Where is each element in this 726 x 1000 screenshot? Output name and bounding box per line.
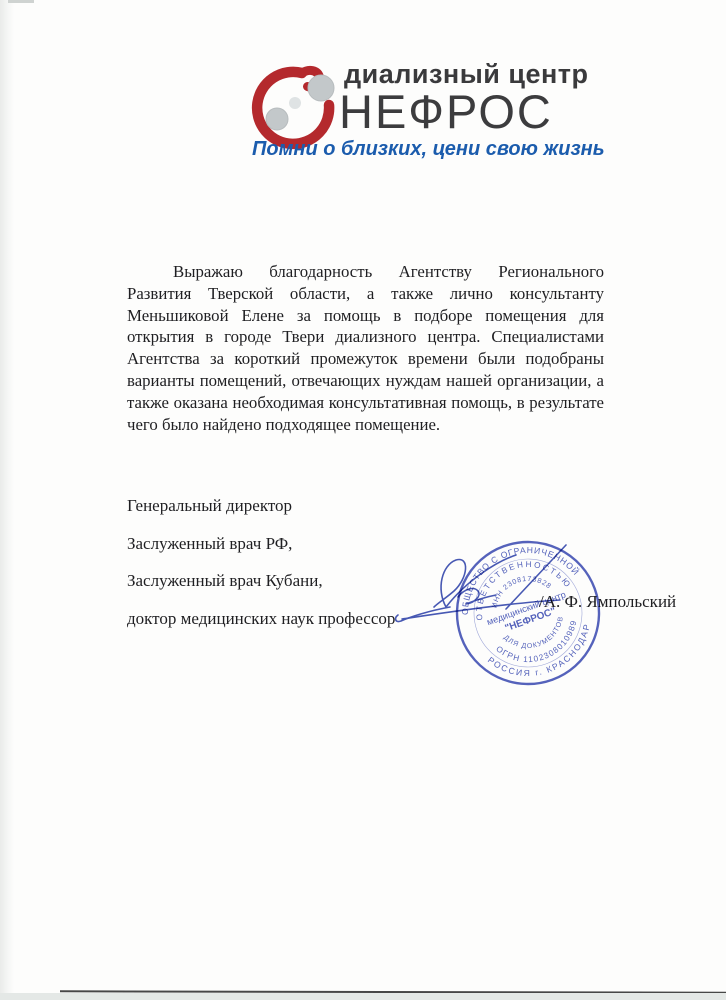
scan-top-mark [8,0,34,3]
brand-name: НЕФРОС [339,84,561,139]
scan-left-edge [0,0,14,1000]
handwritten-signature [388,531,598,636]
signer-title-line: Генеральный директор [127,495,457,517]
letter-body-paragraph: Выражаю благодарность Агентству Регионал… [127,261,604,435]
brand-tagline: Помни о близких, цени свою жизнь [252,138,572,161]
kidney-logo-icon [246,62,350,150]
scan-bottom-strip [0,993,726,1000]
scanned-letter-page: диализный центр НЕФРОС Помни о близких, … [0,0,726,1000]
